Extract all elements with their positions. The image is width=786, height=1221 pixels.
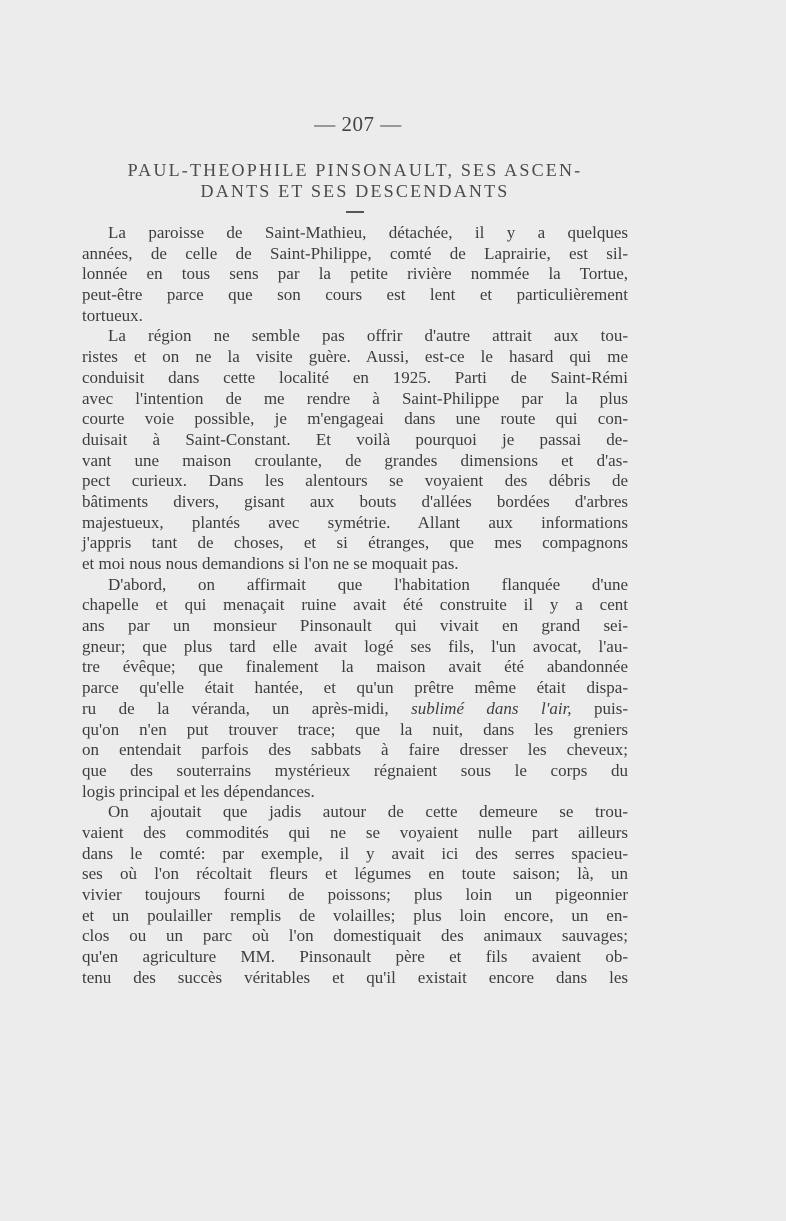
- text-line: tortueux.: [82, 306, 628, 327]
- text-line: parce qu'elle était hantée, et qu'un prê…: [82, 678, 628, 699]
- paragraph: D'abord, on affirmait que l'habitation f…: [82, 575, 628, 803]
- text-line: clos ou un parc où l'on domestiquait des…: [82, 926, 628, 947]
- text-line: lonnée en tous sens par la petite rivièr…: [82, 264, 628, 285]
- text-line: tre évêque; que finalement la maison ava…: [82, 657, 628, 678]
- body-text: La paroisse de Saint-Mathieu, détachée, …: [82, 223, 628, 988]
- text-line: logis principal et les dépendances.: [82, 782, 628, 803]
- text-line: avec l'intention de me rendre à Saint-Ph…: [82, 389, 628, 410]
- text-line: et un poulailler remplis de volailles; p…: [82, 906, 628, 927]
- chapter-title-line-2: DANTS ET SES DESCENDANTS: [82, 181, 628, 202]
- book-page: — 207 — PAUL-THEOPHILE PINSONAULT, SES A…: [82, 112, 628, 988]
- text-line: dans le comté: par exemple, il y avait i…: [82, 844, 628, 865]
- text-line: vant une maison croulante, de grandes di…: [82, 451, 628, 472]
- text-line: pect curieux. Dans les alentours se voya…: [82, 471, 628, 492]
- text-line: années, de celle de Saint-Philippe, comt…: [82, 244, 628, 265]
- text-line: qu'on n'en put trouver trace; que la nui…: [82, 720, 628, 741]
- text-line: ru de la véranda, un après-midi, sublimé…: [82, 699, 628, 720]
- text-line: La région ne semble pas offrir d'autre a…: [82, 326, 628, 347]
- text-line: et moi nous nous demandions si l'on ne s…: [82, 554, 628, 575]
- text-line: gneur; que plus tard elle avait logé ses…: [82, 637, 628, 658]
- text-line: qu'en agriculture MM. Pinsonault père et…: [82, 947, 628, 968]
- text-line: courte voie possible, je m'engageai dans…: [82, 409, 628, 430]
- text-line: ans par un monsieur Pinsonault qui vivai…: [82, 616, 628, 637]
- paragraph: La paroisse de Saint-Mathieu, détachée, …: [82, 223, 628, 326]
- chapter-title-line-1: PAUL-THEOPHILE PINSONAULT, SES ASCEN-: [82, 160, 628, 181]
- chapter-title: PAUL-THEOPHILE PINSONAULT, SES ASCEN- DA…: [82, 160, 628, 202]
- text-line: on entendait parfois des sabbats à faire…: [82, 740, 628, 761]
- emphasized-phrase: sublimé dans l'air,: [411, 699, 571, 718]
- text-line: tenu des succès véritables et qu'il exis…: [82, 968, 628, 989]
- text-line: conduisit dans cette localité en 1925. P…: [82, 368, 628, 389]
- text-line: vivier toujours fourni de poissons; plus…: [82, 885, 628, 906]
- text-line: bâtiments divers, gisant aux bouts d'all…: [82, 492, 628, 513]
- paragraph: On ajoutait que jadis autour de cette de…: [82, 802, 628, 988]
- text-line: que des souterrains mystérieux régnaient…: [82, 761, 628, 782]
- paragraph: La région ne semble pas offrir d'autre a…: [82, 326, 628, 574]
- text-line: majestueux, plantés avec symétrie. Allan…: [82, 513, 628, 534]
- text-line: ses où l'on récoltait fleurs et légumes …: [82, 864, 628, 885]
- text-line: chapelle et qui menaçait ruine avait été…: [82, 595, 628, 616]
- text-line: vaient des commodités qui ne se voyaient…: [82, 823, 628, 844]
- page-number: — 207 —: [88, 112, 628, 136]
- text-line: On ajoutait que jadis autour de cette de…: [82, 802, 628, 823]
- text-line: j'appris tant de choses, et si étranges,…: [82, 533, 628, 554]
- text-line: peut-être parce que son cours est lent e…: [82, 285, 628, 306]
- title-divider: [346, 211, 364, 213]
- text-line: duisait à Saint-Constant. Et voilà pourq…: [82, 430, 628, 451]
- text-line: D'abord, on affirmait que l'habitation f…: [82, 575, 628, 596]
- text-line: La paroisse de Saint-Mathieu, détachée, …: [82, 223, 628, 244]
- text-line: ristes et on ne la visite guère. Aussi, …: [82, 347, 628, 368]
